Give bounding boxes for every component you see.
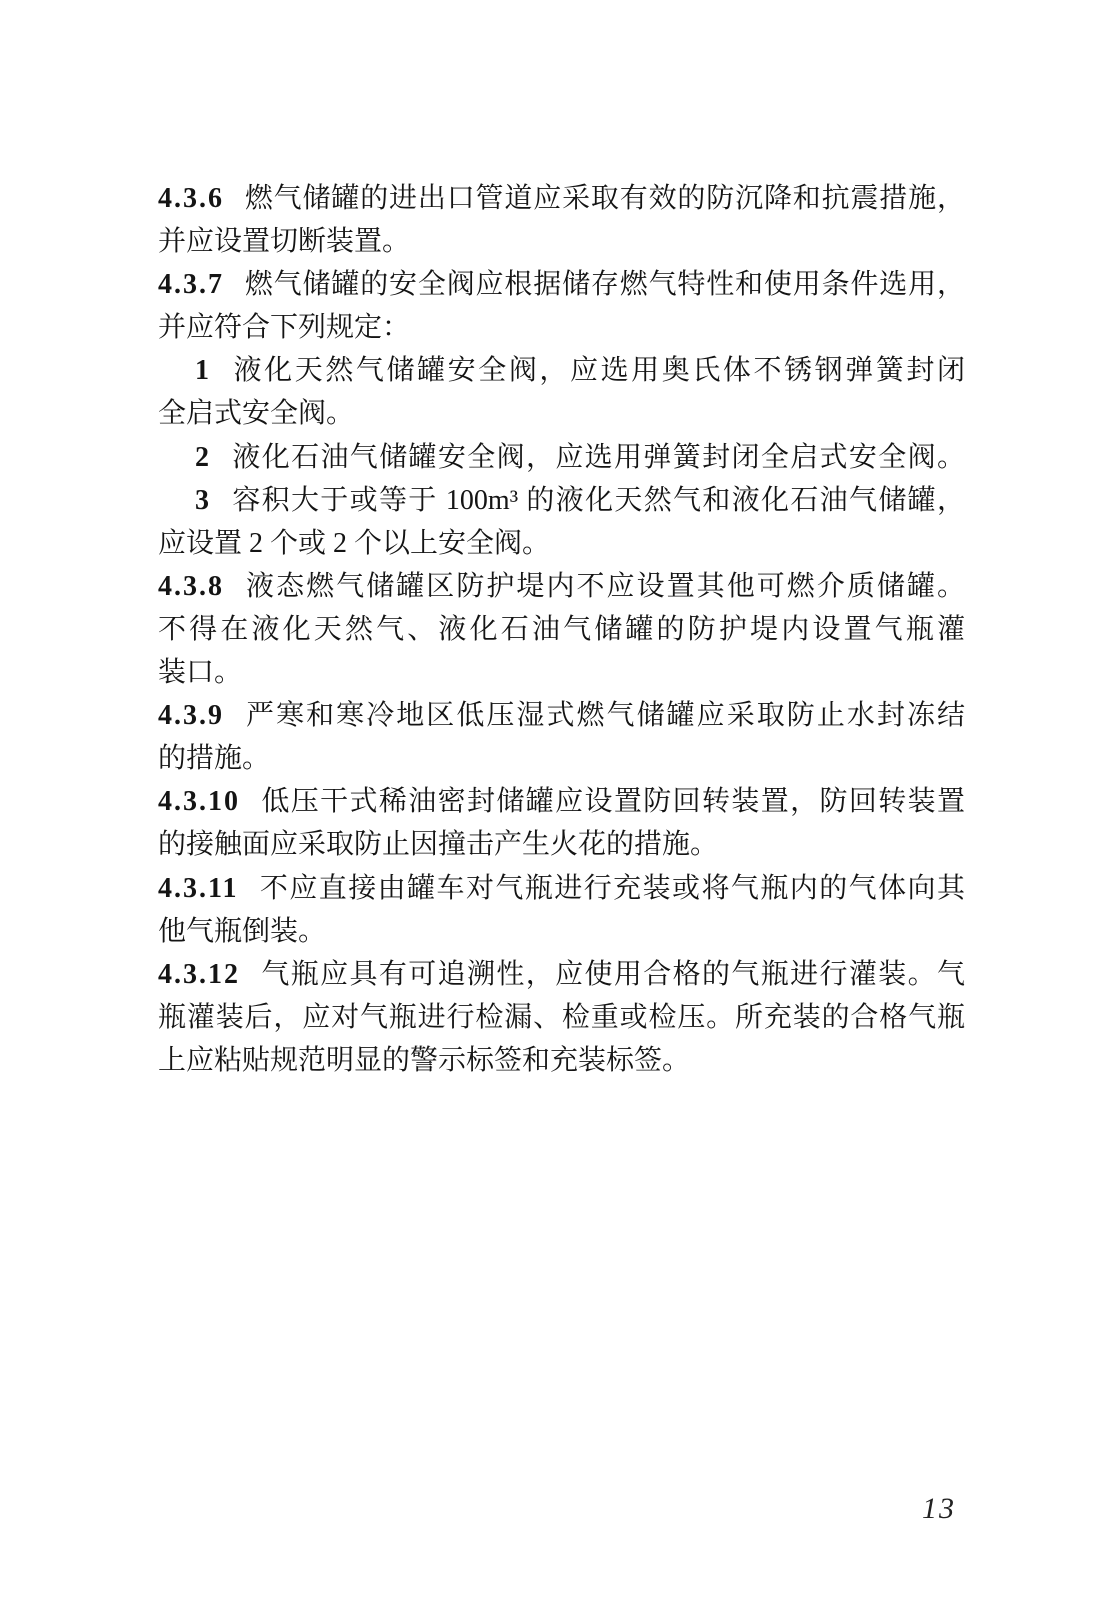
text-line: 4.3.9严寒和寒冷地区低压湿式燃气储罐应采取防止水封冻结 — [158, 694, 965, 737]
page-number: 13 — [922, 1492, 956, 1526]
text-line: 1液化天然气储罐安全阀，应选用奥氏体不锈钢弹簧封闭 — [158, 349, 965, 392]
text-line: 不得在液化天然气、液化石油气储罐的防护堤内设置气瓶灌 — [158, 608, 965, 651]
clause-text: 的措施。 — [158, 743, 270, 774]
text-line: 他气瓶倒装。 — [158, 910, 965, 953]
text-line: 3容积大于或等于 100m³ 的液化天然气和液化石油气储罐， — [158, 479, 965, 522]
text-line: 应设置 2 个或 2 个以上安全阀。 — [158, 522, 965, 565]
document-page: 4.3.6燃气储罐的进出口管道应采取有效的防沉降和抗震措施，并应设置切断装置。4… — [0, 0, 1103, 1598]
clause-text: 容积大于或等于 100m³ 的液化天然气和液化石油气储罐， — [231, 485, 965, 516]
clause-number: 4.3.8 — [158, 571, 224, 602]
text-line: 装口。 — [158, 651, 965, 694]
text-line: 瓶灌装后，应对气瓶进行检漏、检重或检压。所充装的合格气瓶 — [158, 996, 965, 1039]
clause-text: 燃气储罐的进出口管道应采取有效的防沉降和抗震措施， — [244, 183, 965, 214]
clause-text: 上应粘贴规范明显的警示标签和充装标签。 — [158, 1045, 690, 1076]
clause-text: 严寒和寒冷地区低压湿式燃气储罐应采取防止水封冻结 — [244, 700, 965, 731]
clause-text: 并应设置切断装置。 — [158, 226, 410, 257]
clause-number: 3 — [195, 485, 211, 516]
clause-text: 气瓶应具有可追溯性，应使用合格的气瓶进行灌装。气 — [260, 959, 965, 990]
text-line: 的措施。 — [158, 737, 965, 780]
clause-text: 应设置 2 个或 2 个以上安全阀。 — [158, 528, 550, 559]
clause-text: 的接触面应采取防止因撞击产生火花的措施。 — [158, 829, 718, 860]
text-line: 4.3.12气瓶应具有可追溯性，应使用合格的气瓶进行灌装。气 — [158, 953, 965, 996]
clause-number: 4.3.10 — [158, 786, 240, 817]
text-line: 4.3.8液态燃气储罐区防护堤内不应设置其他可燃介质储罐。 — [158, 565, 965, 608]
clause-text: 并应符合下列规定： — [158, 312, 410, 343]
text-line: 2液化石油气储罐安全阀，应选用弹簧封闭全启式安全阀。 — [158, 436, 965, 479]
clause-text: 燃气储罐的安全阀应根据储存燃气特性和使用条件选用， — [244, 269, 965, 300]
clause-text: 不应直接由罐车对气瓶进行充装或将气瓶内的气体向其 — [258, 873, 965, 904]
clause-text: 他气瓶倒装。 — [158, 916, 326, 947]
clause-number: 4.3.12 — [158, 959, 240, 990]
clause-number: 1 — [195, 355, 211, 386]
clause-number: 4.3.7 — [158, 269, 224, 300]
clause-number: 4.3.11 — [158, 873, 238, 904]
text-line: 4.3.7燃气储罐的安全阀应根据储存燃气特性和使用条件选用， — [158, 263, 965, 306]
text-line: 4.3.11不应直接由罐车对气瓶进行充装或将气瓶内的气体向其 — [158, 867, 965, 910]
clause-text: 低压干式稀油密封储罐应设置防回转装置，防回转装置 — [260, 786, 965, 817]
document-body: 4.3.6燃气储罐的进出口管道应采取有效的防沉降和抗震措施，并应设置切断装置。4… — [158, 177, 965, 1082]
clause-number: 2 — [195, 442, 211, 473]
clause-text: 液化石油气储罐安全阀，应选用弹簧封闭全启式安全阀。 — [231, 442, 965, 473]
text-line: 的接触面应采取防止因撞击产生火花的措施。 — [158, 823, 965, 866]
clause-text: 全启式安全阀。 — [158, 398, 354, 429]
clause-text: 液态燃气储罐区防护堤内不应设置其他可燃介质储罐。 — [244, 571, 965, 602]
clause-number: 4.3.9 — [158, 700, 224, 731]
clause-text: 瓶灌装后，应对气瓶进行检漏、检重或检压。所充装的合格气瓶 — [158, 1002, 965, 1033]
text-line: 并应符合下列规定： — [158, 306, 965, 349]
clause-number: 4.3.6 — [158, 183, 224, 214]
text-line: 全启式安全阀。 — [158, 392, 965, 435]
text-line: 并应设置切断装置。 — [158, 220, 965, 263]
clause-text: 液化天然气储罐安全阀，应选用奥氏体不锈钢弹簧封闭 — [231, 355, 965, 386]
clause-text: 装口。 — [158, 657, 242, 688]
text-line: 上应粘贴规范明显的警示标签和充装标签。 — [158, 1039, 965, 1082]
clause-text: 不得在液化天然气、液化石油气储罐的防护堤内设置气瓶灌 — [158, 614, 965, 645]
text-line: 4.3.10低压干式稀油密封储罐应设置防回转装置，防回转装置 — [158, 780, 965, 823]
text-line: 4.3.6燃气储罐的进出口管道应采取有效的防沉降和抗震措施， — [158, 177, 965, 220]
